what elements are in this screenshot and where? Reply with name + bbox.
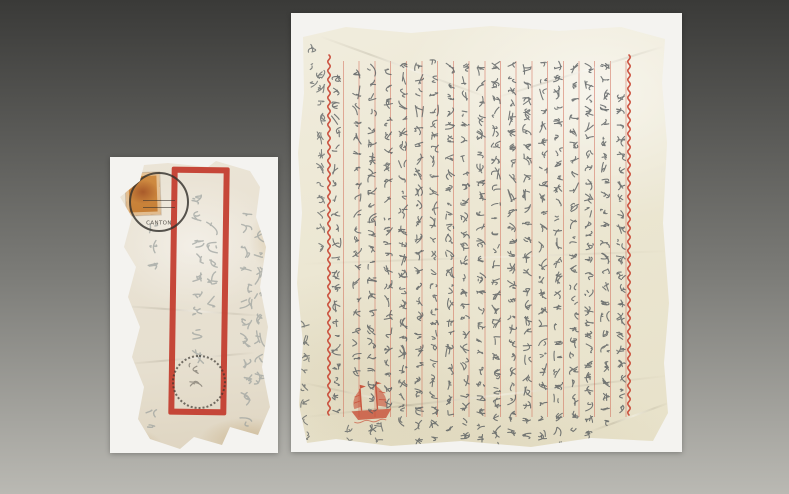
photo-scene: CANTON	[0, 0, 789, 494]
envelope-photo: CANTON	[110, 157, 278, 453]
envelope: CANTON	[110, 157, 278, 453]
postmark-date-lines	[143, 200, 175, 208]
letter-photo	[291, 13, 682, 452]
canton-postmark-icon: CANTON	[129, 172, 189, 232]
letter-paper	[291, 13, 682, 452]
red-boat-stamp-icon	[346, 379, 397, 426]
postmark-town-label: CANTON	[137, 220, 181, 226]
dotted-postmark-icon	[172, 355, 226, 409]
column-rule-lines	[343, 61, 627, 417]
